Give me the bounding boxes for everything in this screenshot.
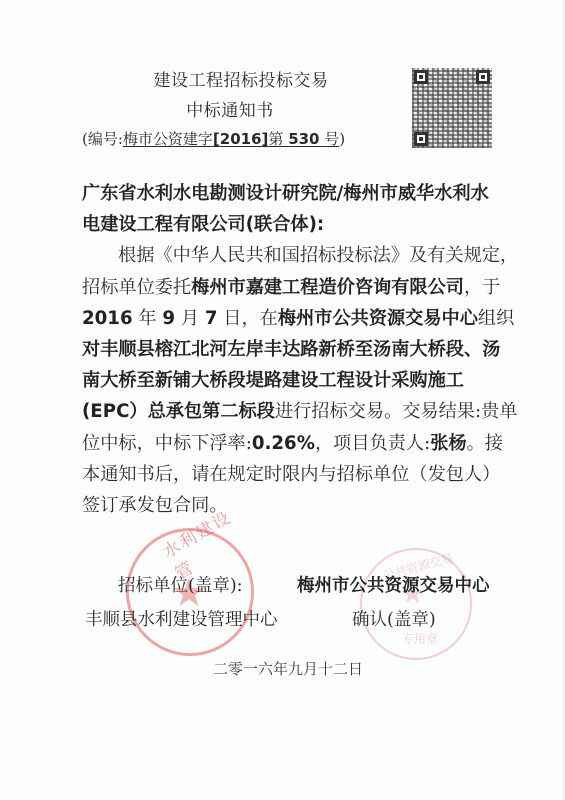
body-line-2: 招标单位委托梅州市嘉建工程造价咨询有限公司，于 <box>82 272 512 303</box>
doc-number-hao: 号 <box>324 130 339 148</box>
body-text: ，项目负责人: <box>315 433 430 454</box>
trading-center-name: 梅州市公共资源交易中心 <box>278 308 478 329</box>
body-text: 位中标，中标下浮率: <box>82 433 252 454</box>
doc-number-code: 梅市公资建字[2016]第 530 号 <box>123 130 339 148</box>
qr-finder-pattern <box>414 132 428 146</box>
date-day: 7 <box>205 308 218 329</box>
body-text: 进行招标交易。交易结果:贵单 <box>275 401 518 422</box>
date-month: 9 <box>162 308 175 329</box>
doc-number-di: 第 <box>268 130 283 148</box>
body-line-9: 签订承发包合同。 <box>82 490 512 521</box>
official-seal-stamp-icon: 公共资源交易 ★ 专用章 <box>360 548 472 660</box>
project-line-2: 南大桥至新铺大桥段堤路建设工程设计采购施工 <box>82 365 512 396</box>
project-line-3: (EPC）总承包第二标段 <box>82 401 275 422</box>
body-line-1: 根据《中华人民共和国招标投标法》及有关规定， <box>82 240 512 271</box>
title-line-1: 建设工程招标投标交易 <box>102 66 380 96</box>
doc-number-year: [2016] <box>213 130 268 148</box>
discount-rate: 0.26% <box>252 433 315 454</box>
qr-finder-pattern <box>414 70 428 84</box>
body-text: 年 <box>133 308 163 329</box>
tenderer-seal-label: 招标单位(盖章): <box>118 572 243 597</box>
body-text: 招标单位委托 <box>82 277 191 298</box>
tenderer-name: 丰顺县水利建设管理中心 <box>85 606 278 631</box>
body-line-3: 2016 年 9 月 7 日，在梅州市公共资源交易中心组织 <box>82 303 512 334</box>
qr-code-icon <box>412 68 492 148</box>
body-text: 。接 <box>467 433 503 454</box>
body-line-7: 位中标，中标下浮率:0.26%，项目负责人:张杨。接 <box>82 428 512 459</box>
seal-subtext: 专用章 <box>402 630 438 647</box>
body-text: ，于 <box>464 277 500 298</box>
recipient-line-2: 电建设工程有限公司(联合体): <box>82 209 512 240</box>
doc-number-suffix: ) <box>339 130 345 148</box>
doc-number-value: 530 <box>288 130 319 148</box>
document-number: (编号:梅市公资建字[2016]第 530 号) <box>82 128 345 150</box>
doc-number-prefix: (编号: <box>82 130 123 148</box>
document-header: 建设工程招标投标交易 中标通知书 <box>80 66 380 126</box>
issue-date: 二零一六年九月十二日 <box>213 658 363 679</box>
body-line-8: 本通知书后，请在规定时限内与招标单位（发包人） <box>82 459 512 490</box>
body-text: 日，在 <box>217 308 277 329</box>
date-year: 2016 <box>82 308 133 329</box>
confirm-seal-label: 确认(盖章) <box>352 606 436 631</box>
doc-number-code-cn: 梅市公资建字 <box>123 130 213 148</box>
body-text: 组织 <box>478 308 514 329</box>
body-line-6: (EPC）总承包第二标段进行招标交易。交易结果:贵单 <box>82 396 512 427</box>
trading-center-signature: 梅州市公共资源交易中心 <box>297 572 490 597</box>
body-text: 月 <box>175 308 205 329</box>
notice-body: 广东省水利水电勘测设计研究院/梅州市威华水利水 电建设工程有限公司(联合体): … <box>82 178 512 521</box>
title-line-2: 中标通知书 <box>80 96 380 126</box>
project-line-1: 对丰顺县榕江北河左岸丰达路新桥至汤南大桥段、汤 <box>82 334 512 365</box>
qr-finder-pattern <box>476 70 490 84</box>
agency-name: 梅州市嘉建工程造价咨询有限公司 <box>191 277 464 298</box>
project-manager: 张杨 <box>430 433 466 454</box>
recipient-line-1: 广东省水利水电勘测设计研究院/梅州市威华水利水 <box>82 178 512 209</box>
